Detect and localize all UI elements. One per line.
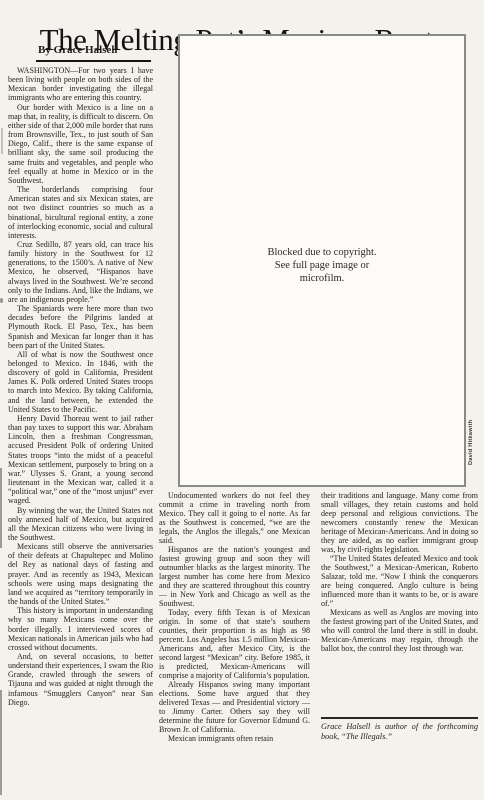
byline-rule <box>36 60 151 62</box>
article-paragraph: Hispanos are the nation’s youngest and f… <box>159 545 310 608</box>
article-paragraph: Already Hispanos swing many important el… <box>159 680 310 734</box>
blocked-notice-line-3: microfilm. <box>180 272 464 285</box>
article-column-right: their traditions and language. Many come… <box>321 491 478 653</box>
article-paragraph: By winning the war, the United States no… <box>8 506 153 543</box>
article-paragraph: Mexicans as well as Anglos are moving in… <box>321 608 478 653</box>
blocked-notice-line-2: See full page image or <box>180 259 464 272</box>
article-paragraph: “The United States defeated Mexico and t… <box>321 554 478 608</box>
scan-artifact <box>1 128 3 154</box>
article-column-left: WASHINGTON—For two years I have been liv… <box>8 66 153 707</box>
copyright-blocked-notice: Blocked due to copyright. See full page … <box>180 246 464 285</box>
blocked-image-placeholder: Blocked due to copyright. See full page … <box>178 34 466 487</box>
article-column-middle: Undocumented workers do not feel they co… <box>159 491 310 743</box>
blocked-notice-line-1: Blocked due to copyright. <box>180 246 464 259</box>
article-byline: By Grace Halsell <box>38 44 117 56</box>
scan-artifact <box>0 298 3 303</box>
article-paragraph: Mexican immigrants often retain <box>159 734 310 743</box>
article-paragraph: This history is important in understandi… <box>8 606 153 652</box>
article-paragraph: The borderlands comprising four American… <box>8 185 153 240</box>
author-bio: Grace Halsell is author of the forthcomi… <box>321 722 478 742</box>
article-paragraph: WASHINGTON—For two years I have been liv… <box>8 66 153 103</box>
author-bio-rule <box>321 717 478 719</box>
article-paragraph: Undocumented workers do not feel they co… <box>159 491 310 545</box>
article-paragraph: Today, every fifth Texan is of Mexican o… <box>159 608 310 680</box>
article-paragraph: their traditions and language. Many come… <box>321 491 478 554</box>
article-paragraph: Our border with Mexico is a line on a ma… <box>8 103 153 185</box>
article-paragraph: All of what is now the Southwest once be… <box>8 350 153 414</box>
scan-artifact <box>0 468 2 548</box>
article-paragraph: Mexicans still observe the anniversaries… <box>8 542 153 606</box>
article-paragraph: Cruz Sedillo, 87 years old, can trace hi… <box>8 240 153 304</box>
article-paragraph: The Spaniards were here more than two de… <box>8 304 153 350</box>
article-paragraph: Henry David Thoreau went to jail rather … <box>8 414 153 506</box>
photo-credit: David Hitkawith <box>468 398 478 486</box>
newspaper-page: The Melting Pot’s Mexican Roots By Grace… <box>0 0 484 800</box>
article-paragraph: And, on several occasions, to better und… <box>8 652 153 707</box>
scan-artifact <box>0 690 2 795</box>
